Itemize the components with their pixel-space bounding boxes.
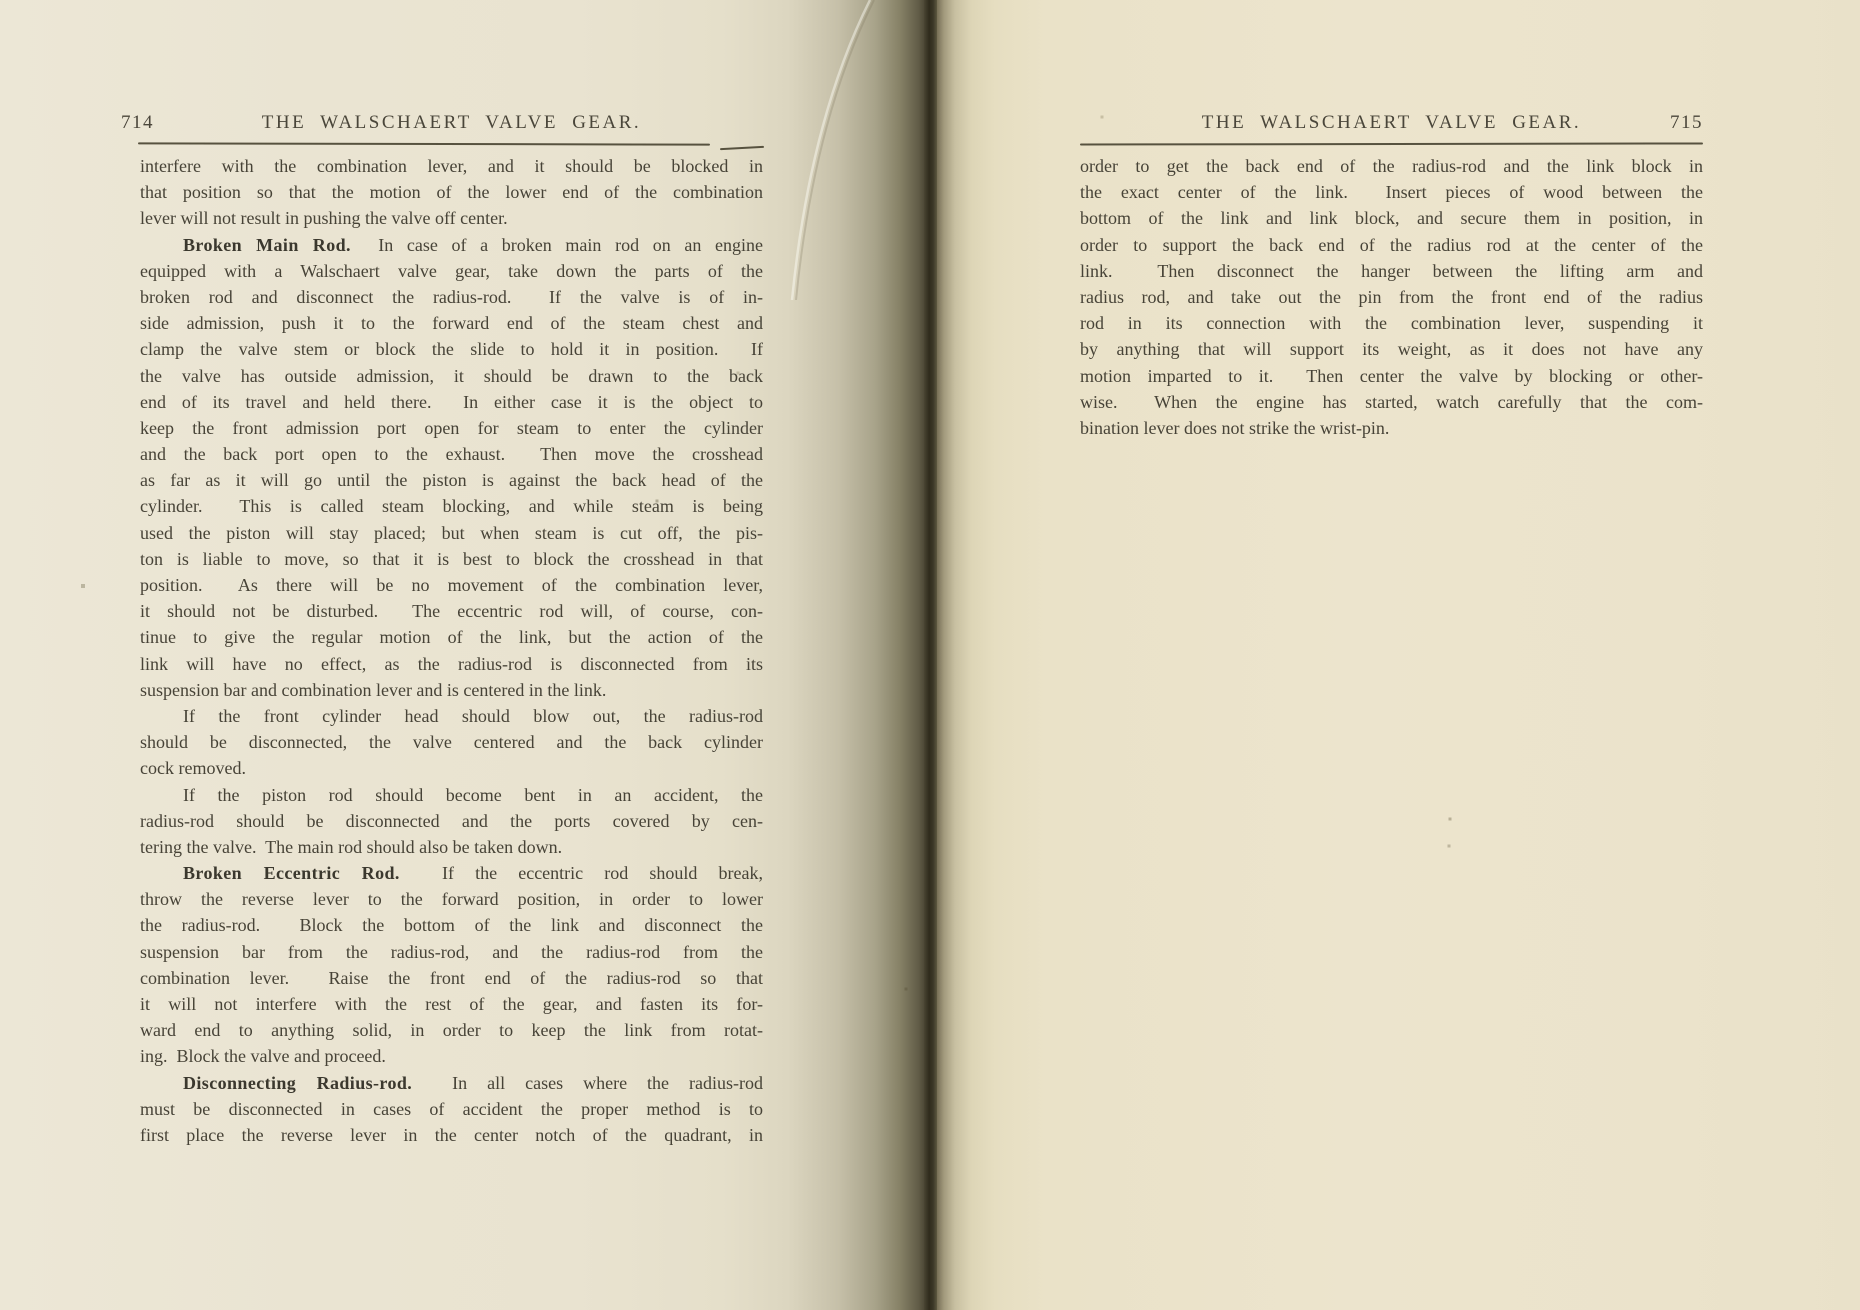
text-line: the exact center of the link. Insert pie… xyxy=(1080,179,1703,205)
text-line: suspension bar and combination lever and… xyxy=(140,677,763,703)
text-line: interfere with the combination lever, an… xyxy=(140,153,763,179)
text-line: by anything that will support its weight… xyxy=(1080,336,1703,362)
text-line: equipped with a Walschaert valve gear, t… xyxy=(140,258,763,284)
text-line: If the piston rod should become bent in … xyxy=(140,782,763,808)
text-line: bottom of the link and link block, and s… xyxy=(1080,205,1703,231)
bold-heading: Broken Main Rod. xyxy=(183,235,351,255)
book-gutter-shadow xyxy=(924,0,937,1310)
text-line: the radius-rod. Block the bottom of the … xyxy=(140,912,763,938)
text-line: first place the reverse lever in the cen… xyxy=(140,1122,763,1148)
book-spread: 714 THE WALSCHAERT VALVE GEAR. THE WALSC… xyxy=(0,0,1860,1310)
text-line: Broken Main Rod. In case of a broken mai… xyxy=(140,232,763,258)
text-line: Broken Eccentric Rod. If the eccentric r… xyxy=(140,860,763,886)
text-line: Disconnecting Radius-rod. In all cases w… xyxy=(140,1070,763,1096)
text-line: position. As there will be no movement o… xyxy=(140,572,763,598)
left-page-header: 714 THE WALSCHAERT VALVE GEAR. xyxy=(140,112,763,138)
text-line: radius-rod should be disconnected and th… xyxy=(140,808,763,834)
text-line: as far as it will go until the piston is… xyxy=(140,467,763,493)
text-line: cylinder. This is called steam blocking,… xyxy=(140,493,763,519)
text-line: side admission, push it to the forward e… xyxy=(140,310,763,336)
text-line: link will have no effect, as the radius-… xyxy=(140,651,763,677)
text-line: tering the valve. The main rod should al… xyxy=(140,834,763,860)
text-line: ward end to anything solid, in order to … xyxy=(140,1017,763,1043)
text-line: ing. Block the valve and proceed. xyxy=(140,1043,763,1069)
text-line: lever will not result in pushing the val… xyxy=(140,205,763,231)
text-line: keep the front admission port open for s… xyxy=(140,415,763,441)
text-line: end of its travel and held there. In eit… xyxy=(140,389,763,415)
text-line: must be disconnected in cases of acciden… xyxy=(140,1096,763,1122)
text-line: radius rod, and take out the pin from th… xyxy=(1080,284,1703,310)
text-line: suspension bar from the radius-rod, and … xyxy=(140,939,763,965)
right-running-title: THE WALSCHAERT VALVE GEAR. xyxy=(1080,112,1703,134)
text-line: throw the reverse lever to the forward p… xyxy=(140,886,763,912)
right-page-header: THE WALSCHAERT VALVE GEAR. 715 xyxy=(1080,112,1703,138)
text-line: and the back port open to the exhaust. T… xyxy=(140,441,763,467)
text-line: rod in its connection with the combinati… xyxy=(1080,310,1703,336)
text-line: it will not interfere with the rest of t… xyxy=(140,991,763,1017)
text-line: broken rod and disconnect the radius-rod… xyxy=(140,284,763,310)
text-line: combination lever. Raise the front end o… xyxy=(140,965,763,991)
bold-heading: Broken Eccentric Rod. xyxy=(183,863,400,883)
text-line: should be disconnected, the valve center… xyxy=(140,729,763,755)
left-running-title: THE WALSCHAERT VALVE GEAR. xyxy=(140,112,763,134)
right-page-number: 715 xyxy=(1670,112,1703,134)
text-line: bination lever does not strike the wrist… xyxy=(1080,415,1703,441)
text-line: the valve has outside admission, it shou… xyxy=(140,363,763,389)
text-line: link. Then disconnect the hanger between… xyxy=(1080,258,1703,284)
text-line: motion imparted to it. Then center the v… xyxy=(1080,363,1703,389)
left-text-column: interfere with the combination lever, an… xyxy=(140,153,763,1148)
text-line: order to support the back end of the rad… xyxy=(1080,232,1703,258)
right-text-column: order to get the back end of the radius-… xyxy=(1080,153,1703,441)
text-line: clamp the valve stem or block the slide … xyxy=(140,336,763,362)
bold-heading: Disconnecting Radius-rod. xyxy=(183,1073,412,1093)
text-line: wise. When the engine has started, watch… xyxy=(1080,389,1703,415)
text-line: order to get the back end of the radius-… xyxy=(1080,153,1703,179)
text-line: If the front cylinder head should blow o… xyxy=(140,703,763,729)
text-line: used the piston will stay placed; but wh… xyxy=(140,520,763,546)
text-line: that position so that the motion of the … xyxy=(140,179,763,205)
text-line: cock removed. xyxy=(140,755,763,781)
text-line: tinue to give the regular motion of the … xyxy=(140,624,763,650)
text-line: it should not be disturbed. The eccentri… xyxy=(140,598,763,624)
text-line: ton is liable to move, so that it is bes… xyxy=(140,546,763,572)
